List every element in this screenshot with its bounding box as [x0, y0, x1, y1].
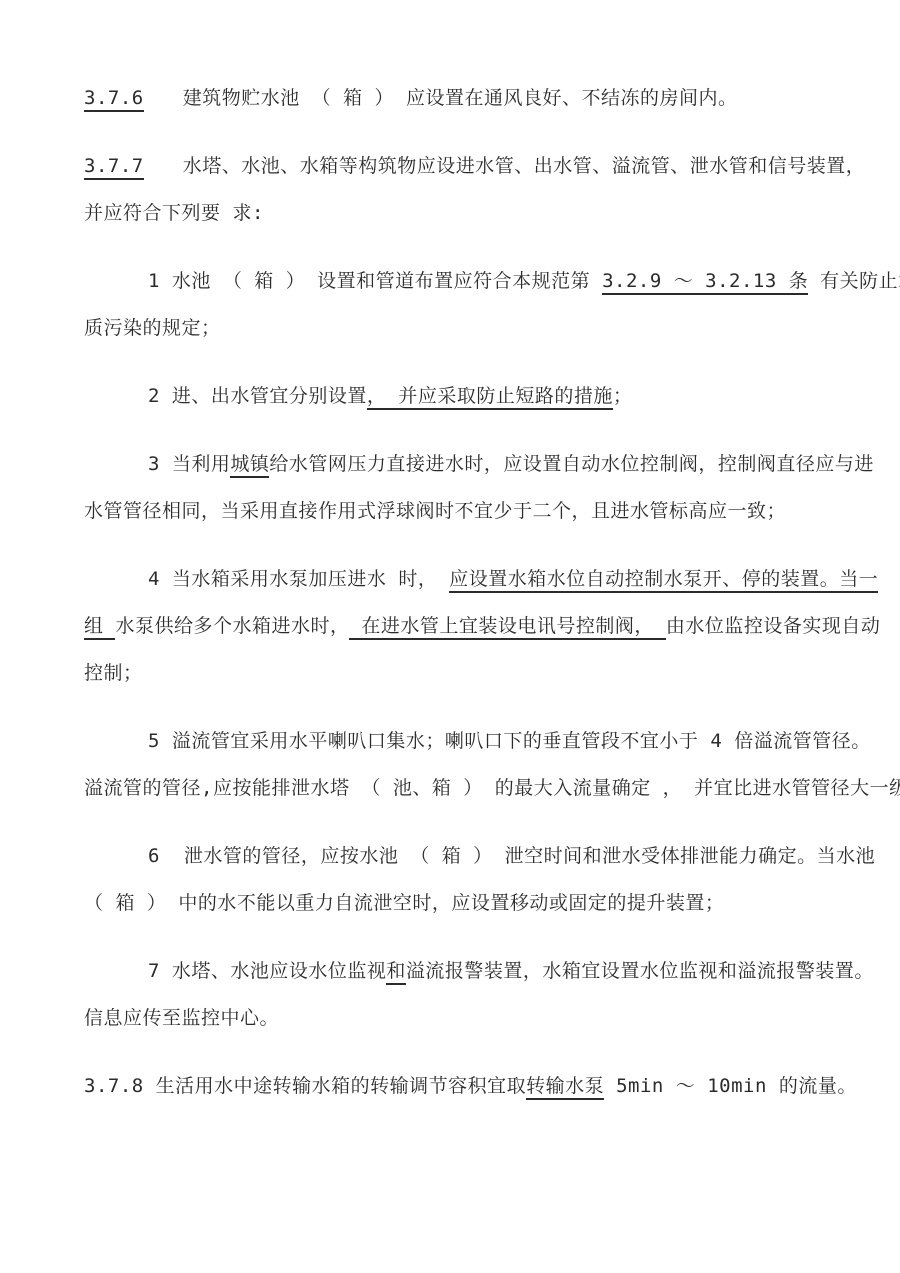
text-line: 溢流管的管径,应按能排泄水塔 （ 池、箱 ） 的最大入流量确定 ， 并宜比进水管… [84, 765, 822, 812]
clause-3-7-6: 3.7.6建筑物贮水池 （ 箱 ） 应设置在通风良好、不结冻的房间内。 [84, 75, 822, 122]
text-run: 信息应传至监控中心。 [84, 1007, 279, 1029]
item-2: 2 进、出水管宜分别设置， 并应采取防止短路的措施； [84, 373, 822, 420]
text-line: 组 水泵供给多个水箱进水时， 在进水管上宜装设电讯号控制阀， 由水位监控设备实现… [84, 603, 822, 650]
item-4: 4 当水箱采用水泵加压进水 时， 应设置水箱水位自动控制水泵开、停的装置。当一组… [84, 556, 822, 697]
text-run: 给水管网压力直接进水时，应设置自动水位控制阀，控制阀直径应与进 [269, 453, 874, 475]
text-line: 信息应传至监控中心。 [84, 995, 822, 1042]
text-run: 3 当利用 [148, 453, 230, 475]
item-6: 6 泄水管的管径，应按水池 （ 箱 ） 泄空时间和泄水受体排泄能力确定。当水池（… [84, 833, 822, 927]
underlined-text-run: 在进水管上宜装设电讯号控制阀， [349, 615, 665, 640]
text-run: 1 水池 （ 箱 ） 设置和管道布置应符合本规范第 [148, 270, 602, 292]
text-run: 5 溢流管宜采用水平喇叭口集水；喇叭口下的垂直管段不宜小于 4 倍溢流管管径。 [148, 730, 871, 752]
text-run: 由水位监控设备实现自动 [666, 615, 881, 637]
underlined-text-run: 3.2.9 ～ 3.2.13 条 [602, 270, 808, 295]
underlined-text-run: 3.7.6 [84, 87, 144, 112]
text-run: 水管管径相同，当采用直接作用式浮球阀时不宜少于二个，且进水管标高应一致； [84, 500, 786, 522]
text-run: 有关防止水 [808, 270, 900, 292]
underlined-text-run: ， 并应采取防止短路的措施 [367, 385, 613, 410]
text-run: 并应符合下列要 求: [84, 202, 264, 224]
text-line: 6 泄水管的管径，应按水池 （ 箱 ） 泄空时间和泄水受体排泄能力确定。当水池 [84, 833, 822, 880]
text-line: 水管管径相同，当采用直接作用式浮球阀时不宜少于二个，且进水管标高应一致； [84, 488, 822, 535]
clause-3-7-7: 3.7.7水塔、水池、水箱等构筑物应设进水管、出水管、溢流管、泄水管和信号装置，… [84, 143, 822, 237]
text-line: 并应符合下列要 求: [84, 190, 822, 237]
text-line: 质污染的规定； [84, 305, 822, 352]
text-run: （ 箱 ） 中的水不能以重力自流泄空时，应设置移动或固定的提升装置； [84, 892, 724, 914]
underlined-text-run: 应设置水箱水位自动控制水泵开、停的装置。当一 [449, 568, 878, 593]
text-run: 2 进、出水管宜分别设置 [148, 385, 367, 407]
text-run: 水泵供给多个水箱进水时， [115, 615, 349, 637]
text-line: 3.7.8 生活用水中途转输水箱的转输调节容积宜取转输水泵 5min ～ 10m… [84, 1063, 822, 1110]
text-line: 2 进、出水管宜分别设置， 并应采取防止短路的措施； [84, 373, 822, 420]
text-line: 7 水塔、水池应设水位监视和溢流报警装置，水箱宜设置水位监视和溢流报警装置。 [84, 948, 822, 995]
text-run: 3.7.8 生活用水中途转输水箱的转输调节容积宜取 [84, 1075, 526, 1097]
underlined-text-run: 和 [386, 960, 406, 985]
underlined-text-run: 组 [84, 615, 115, 640]
text-line: 3.7.6建筑物贮水池 （ 箱 ） 应设置在通风良好、不结冻的房间内。 [84, 75, 822, 122]
text-run: 水塔、水池、水箱等构筑物应设进水管、出水管、溢流管、泄水管和信号装置， [183, 155, 866, 177]
text-line: 4 当水箱采用水泵加压进水 时， 应设置水箱水位自动控制水泵开、停的装置。当一 [84, 556, 822, 603]
document-body: 3.7.6建筑物贮水池 （ 箱 ） 应设置在通风良好、不结冻的房间内。3.7.7… [84, 75, 822, 1110]
text-run: 溢流管的管径,应按能排泄水塔 （ 池、箱 ） 的最大入流量确定 ， 并宜比进水管… [84, 777, 900, 799]
underlined-text-run: 城镇 [230, 453, 269, 478]
text-run: 建筑物贮水池 （ 箱 ） 应设置在通风良好、不结冻的房间内。 [183, 87, 738, 109]
item-3: 3 当利用城镇给水管网压力直接进水时，应设置自动水位控制阀，控制阀直径应与进水管… [84, 441, 822, 535]
text-run: 溢流报警装置，水箱宜设置水位监视和溢流报警装置。 [406, 960, 874, 982]
text-run: 质污染的规定； [84, 317, 221, 339]
text-line: 3 当利用城镇给水管网压力直接进水时，应设置自动水位控制阀，控制阀直径应与进 [84, 441, 822, 488]
underlined-text-run: 3.7.7 [84, 155, 144, 180]
text-run: 4 当水箱采用水泵加压进水 时， [148, 568, 449, 590]
text-run: 控制； [84, 662, 143, 684]
text-line: 1 水池 （ 箱 ） 设置和管道布置应符合本规范第 3.2.9 ～ 3.2.13… [84, 258, 822, 305]
text-line: （ 箱 ） 中的水不能以重力自流泄空时，应设置移动或固定的提升装置； [84, 880, 822, 927]
text-run: 7 水塔、水池应设水位监视 [148, 960, 386, 982]
text-line: 3.7.7水塔、水池、水箱等构筑物应设进水管、出水管、溢流管、泄水管和信号装置， [84, 143, 822, 190]
item-7: 7 水塔、水池应设水位监视和溢流报警装置，水箱宜设置水位监视和溢流报警装置。信息… [84, 948, 822, 1042]
item-5: 5 溢流管宜采用水平喇叭口集水；喇叭口下的垂直管段不宜小于 4 倍溢流管管径。溢… [84, 718, 822, 812]
tab-spacer [144, 171, 183, 172]
text-run: 5min ～ 10min 的流量。 [604, 1075, 857, 1097]
item-1: 1 水池 （ 箱 ） 设置和管道布置应符合本规范第 3.2.9 ～ 3.2.13… [84, 258, 822, 352]
document-page: 3.7.6建筑物贮水池 （ 箱 ） 应设置在通风良好、不结冻的房间内。3.7.7… [0, 0, 900, 1273]
text-line: 控制； [84, 650, 822, 697]
tab-spacer [144, 103, 183, 104]
text-line: 5 溢流管宜采用水平喇叭口集水；喇叭口下的垂直管段不宜小于 4 倍溢流管管径。 [84, 718, 822, 765]
clause-3-7-8: 3.7.8 生活用水中途转输水箱的转输调节容积宜取转输水泵 5min ～ 10m… [84, 1063, 822, 1110]
text-run: ； [613, 385, 633, 407]
underlined-text-run: 转输水泵 [526, 1075, 604, 1100]
text-run: 6 泄水管的管径，应按水池 （ 箱 ） 泄空时间和泄水受体排泄能力确定。当水池 [148, 845, 875, 867]
